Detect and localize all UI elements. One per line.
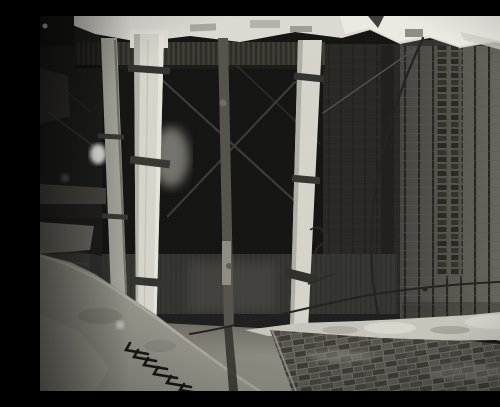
- left-shadow-falloff: [40, 16, 130, 391]
- photograph: Demolition site interior: shored opening…: [40, 16, 500, 391]
- photo-illustration: [40, 16, 500, 391]
